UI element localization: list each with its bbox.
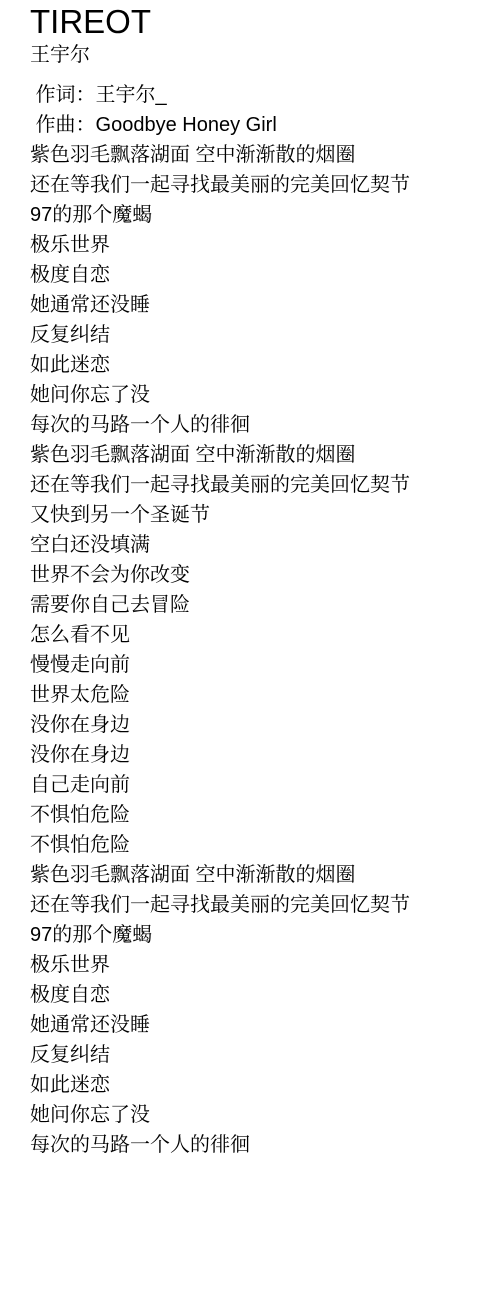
lyric-line: 她通常还没睡 — [30, 290, 482, 320]
lyric-line: 需要你自己去冒险 — [30, 590, 482, 620]
lyric-line: 她问你忘了没 — [30, 1100, 482, 1130]
lyric-line: 不惧怕危险 — [30, 800, 482, 830]
credits: 作词：王宇尔_ 作曲：Goodbye Honey Girl — [30, 80, 482, 140]
lyric-line: 极乐世界 — [30, 950, 482, 980]
lyric-line: 还在等我们一起寻找最美丽的完美回忆契节 — [30, 470, 482, 500]
credit-line: 作曲：Goodbye Honey Girl — [30, 110, 482, 140]
lyric-line: 反复纠结 — [30, 1040, 482, 1070]
lyric-line: 极乐世界 — [30, 230, 482, 260]
lyric-line: 空白还没填满 — [30, 530, 482, 560]
lyrics-page: TIREOT 王宇尔 作词：王宇尔_ 作曲：Goodbye Honey Girl… — [0, 0, 500, 1300]
lyric-line: 没你在身边 — [30, 740, 482, 770]
lyric-line: 紫色羽毛飘落湖面 空中渐渐散的烟圈 — [30, 440, 482, 470]
artist-name: 王宇尔 — [30, 42, 482, 68]
lyric-line: 不惧怕危险 — [30, 830, 482, 860]
lyric-line: 每次的马路一个人的徘徊 — [30, 1130, 482, 1160]
lyric-line: 世界不会为你改变 — [30, 560, 482, 590]
lyric-line: 反复纠结 — [30, 320, 482, 350]
lyric-line: 97的那个魔蝎 — [30, 920, 482, 950]
lyric-line: 自己走向前 — [30, 770, 482, 800]
lyric-line: 慢慢走向前 — [30, 650, 482, 680]
lyric-line: 还在等我们一起寻找最美丽的完美回忆契节 — [30, 170, 482, 200]
lyric-line: 世界太危险 — [30, 680, 482, 710]
lyric-line: 极度自恋 — [30, 260, 482, 290]
lyrics: 紫色羽毛飘落湖面 空中渐渐散的烟圈还在等我们一起寻找最美丽的完美回忆契节97的那… — [30, 140, 482, 1160]
credit-line: 作词：王宇尔_ — [30, 80, 482, 110]
lyric-line: 97的那个魔蝎 — [30, 200, 482, 230]
lyric-line: 紫色羽毛飘落湖面 空中渐渐散的烟圈 — [30, 860, 482, 890]
lyric-line: 她问你忘了没 — [30, 380, 482, 410]
lyric-line: 又快到另一个圣诞节 — [30, 500, 482, 530]
lyric-line: 没你在身边 — [30, 710, 482, 740]
lyric-line: 她通常还没睡 — [30, 1010, 482, 1040]
lyric-line: 还在等我们一起寻找最美丽的完美回忆契节 — [30, 890, 482, 920]
lyric-line: 紫色羽毛飘落湖面 空中渐渐散的烟圈 — [30, 140, 482, 170]
lyric-line: 每次的马路一个人的徘徊 — [30, 410, 482, 440]
lyric-line: 如此迷恋 — [30, 1070, 482, 1100]
lyric-line: 如此迷恋 — [30, 350, 482, 380]
lyrics-body: 作词：王宇尔_ 作曲：Goodbye Honey Girl 紫色羽毛飘落湖面 空… — [30, 80, 482, 1160]
lyric-line: 怎么看不见 — [30, 620, 482, 650]
lyric-line: 极度自恋 — [30, 980, 482, 1010]
song-title: TIREOT — [30, 2, 482, 42]
